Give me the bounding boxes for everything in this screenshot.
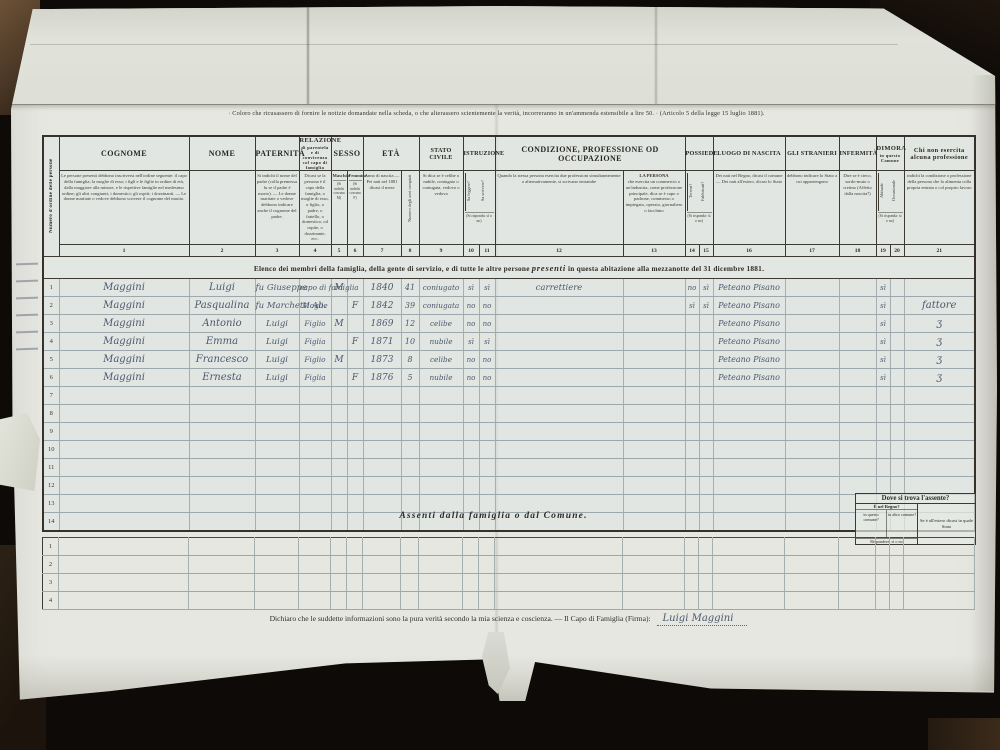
cell-anni: [401, 459, 419, 477]
margin-pen-stroke: [16, 297, 38, 299]
cell-anno: [363, 538, 401, 556]
cell-sesso_f: [347, 459, 363, 477]
table-row: 12: [43, 477, 975, 495]
cell-infermita: [839, 279, 876, 297]
cell-anni: [401, 441, 419, 459]
cell-anno: 1876: [363, 369, 401, 387]
table-row: 4: [43, 592, 975, 610]
cell-sesso_f: [347, 574, 363, 592]
cell-nome: [189, 387, 255, 405]
column-cognome-title: COGNOME: [59, 136, 189, 171]
row-number: 7: [43, 387, 59, 405]
cell-cognome: Maggini: [59, 279, 189, 297]
cell-sa_leggere: [463, 477, 479, 495]
cell-chi_alimenta: ʒ: [904, 351, 975, 369]
cell-relazione: [299, 423, 331, 441]
anni-compiuti-header: Numero degli anni compiuti: [401, 171, 419, 245]
cell-anno: [363, 387, 401, 405]
cell-relazione: [299, 538, 331, 556]
table-row: 9: [43, 423, 975, 441]
cell-infermita: [839, 297, 876, 315]
cell-cognome: [59, 477, 189, 495]
cell-chi_alimenta: [904, 592, 975, 610]
cell-dimora_abituale: sì: [876, 297, 890, 315]
cell-anni: [401, 477, 419, 495]
cell-dimora_occasionale: [890, 279, 904, 297]
cell-luogo_nascita: [713, 592, 785, 610]
cell-stranieri: [785, 477, 839, 495]
census-table: Numero d'ordine delle persone COGNOME NO…: [42, 135, 976, 532]
absent-table: 1234: [42, 537, 975, 610]
cell-professione: carrettiere: [495, 279, 623, 297]
cell-sesso_m: [331, 369, 347, 387]
cell-poss_terreni: [685, 387, 699, 405]
cell-stranieri: [785, 459, 839, 477]
cell-dimora_occasionale: [890, 387, 904, 405]
cell-poss_fabbricati: [699, 477, 713, 495]
cell-sa_leggere: [463, 495, 479, 513]
row-number: 6: [43, 369, 59, 387]
cell-la_persona: [623, 459, 685, 477]
absent-altro-comune: in altro comune?: [887, 510, 917, 538]
cell-poss_terreni: [685, 495, 699, 513]
cell-poss_terreni: [685, 459, 699, 477]
cell-poss_fabbricati: [699, 556, 713, 574]
cell-sesso_m: [331, 538, 347, 556]
wood-corner-bottom-right: [928, 718, 1000, 750]
cell-sa_leggere: [463, 423, 479, 441]
cell-chi_alimenta: [904, 423, 975, 441]
row-number: 4: [43, 592, 59, 610]
cell-poss_fabbricati: [699, 369, 713, 387]
cell-poss_fabbricati: [699, 315, 713, 333]
cell-dimora_abituale: [876, 423, 890, 441]
cell-anno: [363, 592, 401, 610]
row-number: 1: [43, 538, 59, 556]
cell-anni: [401, 387, 419, 405]
cell-sesso_m: [331, 556, 347, 574]
cell-la_persona: [623, 297, 685, 315]
cell-nome: [189, 477, 255, 495]
margin-pen-stroke: [16, 331, 38, 333]
census-sheet: · Coloro che ricusassero di fornire le n…: [10, 5, 997, 701]
condizione-la-persona: LA PERSONAche esercita un commercio o un…: [623, 171, 685, 245]
cell-stato_civile: celibe: [419, 315, 463, 333]
cell-anno: 1873: [363, 351, 401, 369]
cell-cognome: Maggini: [59, 333, 189, 351]
cell-cognome: [59, 556, 189, 574]
cell-cognome: [59, 538, 189, 556]
table-row: 2MagginiPasqualinafu Marchetti Ab.Moglie…: [43, 297, 975, 315]
cell-sesso_m: M: [331, 351, 347, 369]
cell-chi_alimenta: ʒ: [904, 333, 975, 351]
cell-stranieri: [785, 315, 839, 333]
cell-chi_alimenta: [904, 279, 975, 297]
cell-anno: [363, 405, 401, 423]
cell-stranieri: [785, 369, 839, 387]
cell-luogo_nascita: [713, 405, 785, 423]
cell-sesso_m: [331, 459, 347, 477]
cell-nome: [189, 556, 255, 574]
cell-dimora_occasionale: [890, 441, 904, 459]
cell-sesso_m: [331, 405, 347, 423]
cell-sesso_f: [347, 315, 363, 333]
cell-la_persona: [623, 279, 685, 297]
cell-professione: [495, 315, 623, 333]
cell-cognome: Maggini: [59, 351, 189, 369]
cell-infermita: [839, 387, 876, 405]
cell-paternita: [255, 495, 299, 513]
cell-paternita: Luigi: [255, 351, 299, 369]
cell-nome: Ernesta: [189, 369, 255, 387]
cell-anno: [363, 556, 401, 574]
row-number: 8: [43, 405, 59, 423]
cell-sesso_m: [331, 574, 347, 592]
sesso-maschile-header: Maschile(Si indichi con una M): [331, 171, 347, 245]
cell-sa_scrivere: sì: [479, 279, 495, 297]
cell-dimora_abituale: sì: [876, 315, 890, 333]
table-row: 8: [43, 405, 975, 423]
cell-professione: [495, 441, 623, 459]
cell-la_persona: [623, 315, 685, 333]
margin-pen-stroke: [16, 348, 38, 350]
cell-stato_civile: [419, 592, 463, 610]
cell-poss_terreni: no: [685, 279, 699, 297]
cell-poss_terreni: [685, 423, 699, 441]
table-row: 11: [43, 459, 975, 477]
cell-la_persona: [623, 369, 685, 387]
cell-stranieri: [785, 405, 839, 423]
table-row: 1MagginiLuigifu Giuseppecapo di famiglia…: [43, 279, 975, 297]
absent-body: 1234: [43, 538, 975, 610]
cell-professione: [495, 592, 623, 610]
cell-sesso_m: [331, 477, 347, 495]
cell-nome: [189, 441, 255, 459]
cell-infermita: [839, 405, 876, 423]
cell-sesso_f: [347, 538, 363, 556]
cell-poss_terreni: [685, 538, 699, 556]
desk-background: · Coloro che ricusassero di fornire le n…: [0, 0, 1000, 750]
cell-sesso_f: [347, 351, 363, 369]
cell-anni: [401, 592, 419, 610]
cell-anni: 39: [401, 297, 419, 315]
cell-sa_scrivere: [479, 459, 495, 477]
cell-stranieri: [785, 297, 839, 315]
cell-anni: 5: [401, 369, 419, 387]
cell-poss_fabbricati: [699, 592, 713, 610]
cell-poss_terreni: [685, 333, 699, 351]
stato-civile-instructions: Si dica se è celibe o nubile, coniugato …: [419, 171, 463, 245]
margin-pen-stroke: [16, 280, 38, 282]
column-infermita-title: INFERMITÀ: [839, 136, 876, 171]
table-row: 4MagginiEmmaLuigiFigliaF187110nubilesìsì…: [43, 333, 975, 351]
anno-nascita-header: Anno di nascita — Pei nati nel 1881 dica…: [363, 171, 401, 245]
cell-paternita: [255, 441, 299, 459]
cell-sa_leggere: [463, 405, 479, 423]
cell-poss_terreni: [685, 369, 699, 387]
cell-professione: [495, 556, 623, 574]
cell-professione: [495, 405, 623, 423]
cell-dimora_abituale: sì: [876, 333, 890, 351]
cell-stato_civile: [419, 538, 463, 556]
cell-stranieri: [785, 495, 839, 513]
cell-sa_scrivere: [479, 441, 495, 459]
cell-cognome: Maggini: [59, 315, 189, 333]
declaration-text: Dichiaro che le suddette informazioni so…: [270, 614, 651, 623]
cell-sesso_m: [331, 387, 347, 405]
cell-paternita: fu Marchetti Ab.: [255, 297, 299, 315]
cell-poss_fabbricati: [699, 441, 713, 459]
cell-stranieri: [785, 279, 839, 297]
column-istruzione-title: ISTRUZIONE: [463, 136, 495, 171]
head-of-family-signature: Luigi Maggini: [657, 613, 748, 626]
cell-sa_scrivere: no: [479, 369, 495, 387]
row-number: 12: [43, 477, 59, 495]
cell-sa_leggere: sì: [463, 333, 479, 351]
cell-la_persona: [623, 477, 685, 495]
row-number: 3: [43, 315, 59, 333]
cell-dimora_abituale: sì: [876, 279, 890, 297]
cell-sa_leggere: no: [463, 369, 479, 387]
cell-sesso_m: [331, 423, 347, 441]
cell-infermita: [839, 369, 876, 387]
row-number: 2: [43, 556, 59, 574]
cell-dimora_abituale: [876, 592, 890, 610]
paternita-instructions: Si indichi il nome del padre (colla prem…: [255, 171, 299, 245]
cell-poss_fabbricati: sì: [699, 297, 713, 315]
condizione-due-professioni: Quando la stessa persona esercita due pr…: [495, 171, 623, 245]
cell-dimora_occasionale: [890, 333, 904, 351]
cell-stato_civile: celibe: [419, 351, 463, 369]
cell-sesso_f: [347, 592, 363, 610]
cell-stranieri: [785, 592, 839, 610]
cell-la_persona: [623, 574, 685, 592]
cell-luogo_nascita: Peteano Pisano: [713, 279, 785, 297]
cell-sesso_f: [347, 423, 363, 441]
cell-paternita: [255, 387, 299, 405]
column-possiede-title: POSSIEDE: [685, 136, 713, 171]
cell-sa_leggere: [463, 538, 479, 556]
cell-dimora_occasionale: [890, 477, 904, 495]
cell-cognome: [59, 459, 189, 477]
cell-la_persona: [623, 495, 685, 513]
cell-dimora_abituale: [876, 574, 890, 592]
cell-relazione: [299, 405, 331, 423]
table-row: 7: [43, 387, 975, 405]
cell-sa_scrivere: [479, 574, 495, 592]
cell-sesso_f: [347, 477, 363, 495]
cell-luogo_nascita: Peteano Pisano: [713, 351, 785, 369]
cell-dimora_abituale: [876, 556, 890, 574]
cell-stranieri: [785, 333, 839, 351]
row-number: 4: [43, 333, 59, 351]
cell-dimora_abituale: [876, 459, 890, 477]
cell-dimora_occasionale: [890, 592, 904, 610]
dimora-subheaders: AbitualeOccasionale (Si risponda: sì o n…: [876, 171, 904, 245]
cell-dimora_occasionale: [890, 556, 904, 574]
row-number: 11: [43, 459, 59, 477]
cell-nome: [189, 592, 255, 610]
cell-professione: [495, 459, 623, 477]
cell-professione: [495, 369, 623, 387]
cell-luogo_nascita: Peteano Pisano: [713, 297, 785, 315]
cell-sa_scrivere: [479, 423, 495, 441]
cell-relazione: capo di famiglia: [299, 279, 331, 297]
cell-poss_fabbricati: [699, 459, 713, 477]
cell-paternita: fu Giuseppe: [255, 279, 299, 297]
legal-warning-line: · Coloro che ricusassero di fornire le n…: [10, 110, 983, 117]
cell-sesso_m: [331, 297, 347, 315]
cell-stato_civile: [419, 405, 463, 423]
cell-luogo_nascita: Peteano Pisano: [713, 333, 785, 351]
cell-sesso_f: F: [347, 333, 363, 351]
cell-stranieri: [785, 351, 839, 369]
cell-chi_alimenta: [904, 574, 975, 592]
cell-sesso_f: [347, 405, 363, 423]
cell-paternita: [255, 592, 299, 610]
cell-infermita: [839, 333, 876, 351]
cell-nome: [189, 574, 255, 592]
cell-infermita: [839, 459, 876, 477]
cell-nome: Luigi: [189, 279, 255, 297]
cell-poss_terreni: [685, 592, 699, 610]
cell-stato_civile: [419, 441, 463, 459]
cell-poss_fabbricati: [699, 333, 713, 351]
row-number: 1: [43, 279, 59, 297]
chi-alimenta-instructions: indichi la condizione o professione dell…: [904, 171, 975, 245]
cell-infermita: [839, 538, 876, 556]
cell-sesso_f: F: [347, 297, 363, 315]
cell-la_persona: [623, 592, 685, 610]
cell-chi_alimenta: [904, 459, 975, 477]
cell-sesso_f: [347, 556, 363, 574]
cell-paternita: Luigi: [255, 315, 299, 333]
cell-paternita: [255, 556, 299, 574]
cell-luogo_nascita: Peteano Pisano: [713, 369, 785, 387]
cell-stato_civile: nubile: [419, 369, 463, 387]
column-numero-ordine: Numero d'ordine delle persone: [43, 136, 59, 257]
cell-cognome: Maggini: [59, 369, 189, 387]
cell-anno: [363, 441, 401, 459]
cell-stato_civile: coniugata: [419, 297, 463, 315]
cell-professione: [495, 477, 623, 495]
cell-professione: [495, 333, 623, 351]
cell-luogo_nascita: [713, 423, 785, 441]
cell-infermita: [839, 441, 876, 459]
cell-anni: [401, 423, 419, 441]
cell-sesso_f: [347, 495, 363, 513]
cell-la_persona: [623, 405, 685, 423]
cell-paternita: [255, 459, 299, 477]
cell-stato_civile: [419, 477, 463, 495]
cell-stranieri: [785, 574, 839, 592]
cell-poss_terreni: [685, 351, 699, 369]
cell-cognome: [59, 387, 189, 405]
cell-poss_fabbricati: sì: [699, 279, 713, 297]
possiede-subheaders: Terreni?Fabbricati? (Si risponda: sì o n…: [685, 171, 713, 245]
cell-sa_scrivere: [479, 495, 495, 513]
cell-sa_leggere: [463, 459, 479, 477]
cell-nome: [189, 459, 255, 477]
cell-poss_terreni: [685, 556, 699, 574]
table-row: 3: [43, 574, 975, 592]
cell-anni: [401, 405, 419, 423]
cell-professione: [495, 297, 623, 315]
cell-stato_civile: [419, 556, 463, 574]
cell-sa_leggere: [463, 556, 479, 574]
cell-sesso_m: M: [331, 315, 347, 333]
cell-stranieri: [785, 556, 839, 574]
cell-paternita: [255, 477, 299, 495]
cell-cognome: [59, 423, 189, 441]
cell-la_persona: [623, 441, 685, 459]
cell-anno: [363, 423, 401, 441]
margin-pen-stroke: [16, 314, 38, 316]
cell-infermita: [839, 592, 876, 610]
cell-infermita: [839, 477, 876, 495]
cell-sesso_m: [331, 495, 347, 513]
table-row: 10: [43, 441, 975, 459]
cell-luogo_nascita: [713, 459, 785, 477]
cell-sa_leggere: [463, 387, 479, 405]
cell-anni: 41: [401, 279, 419, 297]
infermita-instructions: Dire se è cieco, sordo-muto o cretino (A…: [839, 171, 876, 245]
cell-relazione: [299, 592, 331, 610]
cell-poss_fabbricati: [699, 405, 713, 423]
cell-dimora_occasionale: [890, 538, 904, 556]
table-row: 6MagginiErnestaLuigiFigliaF18765nubileno…: [43, 369, 975, 387]
cell-dimora_occasionale: [890, 423, 904, 441]
cell-sa_scrivere: no: [479, 315, 495, 333]
cell-anno: [363, 574, 401, 592]
cell-chi_alimenta: fattore: [904, 297, 975, 315]
cell-anno: 1840: [363, 279, 401, 297]
stranieri-instructions: debbono indicare lo Stato a cui apparten…: [785, 171, 839, 245]
column-stato-civile-title: STATO CIVILE: [419, 136, 463, 171]
cell-sa_leggere: [463, 441, 479, 459]
cell-nome: [189, 495, 255, 513]
cell-nome: Antonio: [189, 315, 255, 333]
row-number: 3: [43, 574, 59, 592]
cell-sa_scrivere: no: [479, 351, 495, 369]
cell-dimora_occasionale: [890, 405, 904, 423]
cell-stato_civile: [419, 423, 463, 441]
cell-dimora_abituale: [876, 538, 890, 556]
cell-dimora_abituale: [876, 405, 890, 423]
cell-luogo_nascita: [713, 441, 785, 459]
cell-sa_leggere: no: [463, 297, 479, 315]
cell-poss_fabbricati: [699, 574, 713, 592]
cell-sesso_f: [347, 441, 363, 459]
row-number: 9: [43, 423, 59, 441]
cell-luogo_nascita: [713, 495, 785, 513]
cell-sa_leggere: [463, 574, 479, 592]
column-nome-title: NOME: [189, 136, 255, 171]
cell-anno: [363, 459, 401, 477]
table-row: 13: [43, 495, 975, 513]
cell-cognome: [59, 441, 189, 459]
cell-luogo_nascita: [713, 538, 785, 556]
cell-poss_terreni: sì: [685, 297, 699, 315]
section-title: Elenco dei membri della famiglia, della …: [43, 257, 975, 279]
cell-dimora_occasionale: [890, 459, 904, 477]
cell-stranieri: [785, 423, 839, 441]
cell-infermita: [839, 351, 876, 369]
cell-luogo_nascita: [713, 574, 785, 592]
cell-professione: [495, 574, 623, 592]
cell-stato_civile: [419, 574, 463, 592]
relazione-instructions: Dicasi se la persona è il capo della fam…: [299, 171, 331, 245]
